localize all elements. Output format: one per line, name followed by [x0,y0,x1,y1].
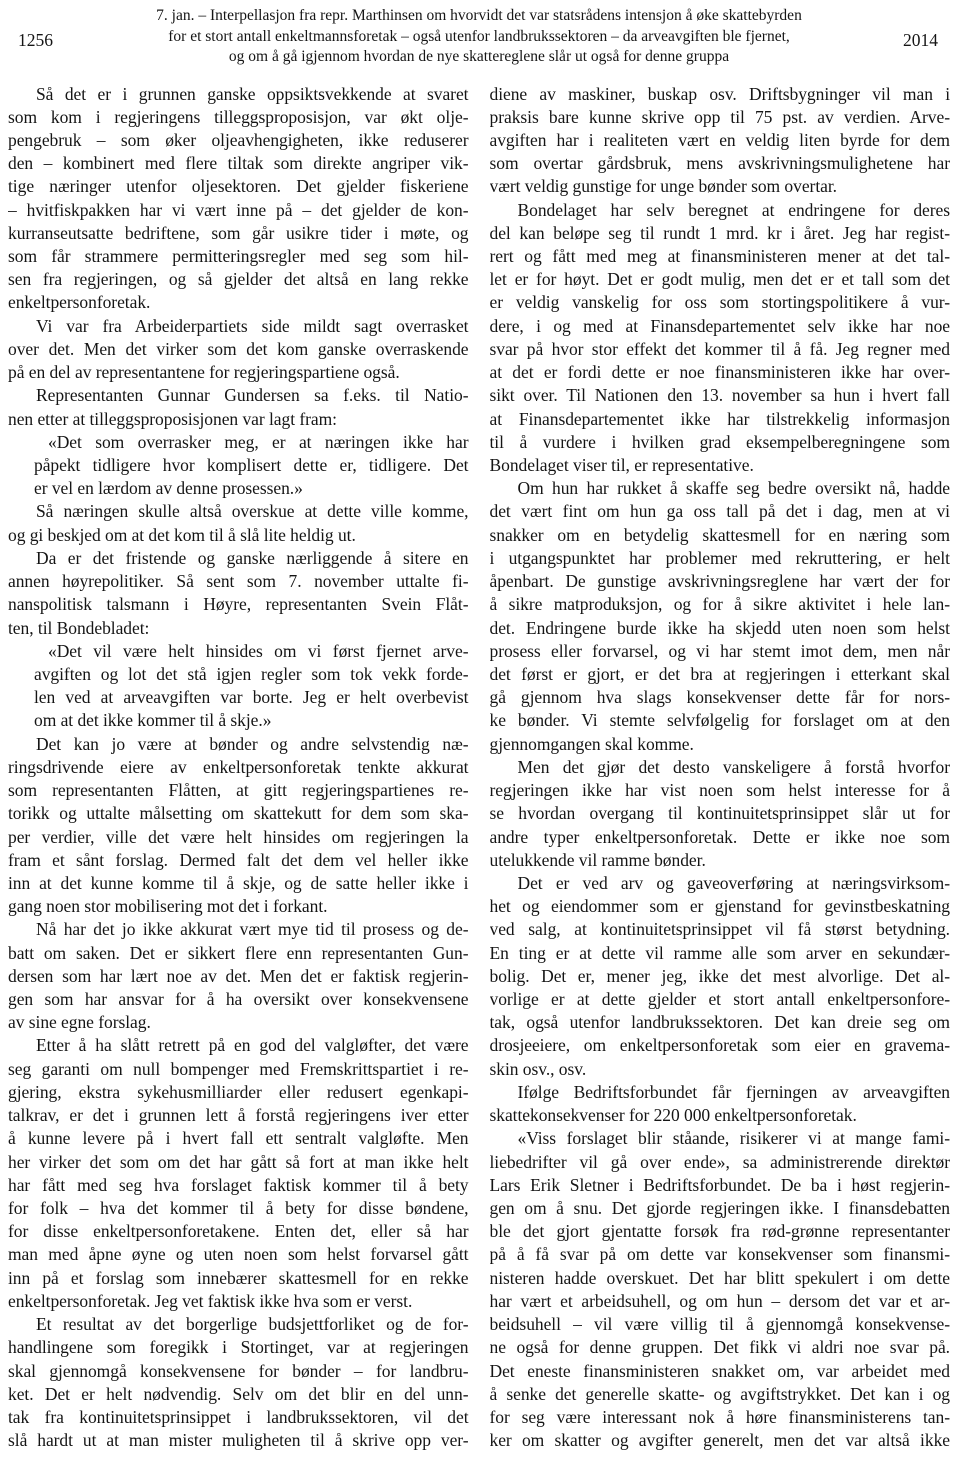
right-column: diene av maskiner, buskap osv. Driftsbyg… [490,83,951,1453]
paragraph: Etter å ha slått retrett på en god del v… [8,1034,469,1313]
text-line: se hvordan overgang til kontinuitetsprin… [490,802,951,825]
header-line-2: for et stort antall enkeltmannsforetak –… [99,27,859,48]
text-columns: Så det er i grunnen ganske oppsiktsvekke… [8,83,950,1453]
text-line: som overtar gårdsbruk, mens avskrivnings… [490,152,951,175]
text-line: gå gjennom hva slags konsekvenser dette … [490,686,951,709]
text-line: Det kan jo være at bønder og andre selvs… [8,733,469,756]
text-line: har vært et arbeidsuhell, og om hun – de… [490,1290,951,1313]
text-line: del kan beløpe seg til rundt 1 mrd. kr i… [490,222,951,245]
text-line: bolig. Det er, mener jeg, ikke det mest … [490,965,951,988]
text-line: for folk – hva det kommer til å bety for… [8,1197,469,1220]
text-line: avgiften og lot det stå igjen regler som… [8,663,469,686]
text-line: «Det vil være helt hinsides om vi først … [8,640,469,663]
text-line: fram et sånt forslag. Dermed falt det de… [8,849,469,872]
text-line: nanspolitisk talsmann i Høyre, represent… [8,593,469,616]
text-line: det vært fint om hun ga oss tall på det … [490,500,951,523]
text-line: er vel en lærdom av denne prosessen.» [8,477,469,500]
text-line: over det. Men det virker som det kom gan… [8,338,469,361]
text-line: let er for høyt. Det er godt mulig, men … [490,268,951,291]
text-line: Vi var fra Arbeiderpartiets side mildt s… [8,315,469,338]
paragraph: Om hun har rukket å skaffe seg bedre ove… [490,477,951,756]
quote-paragraph: «Det som overrasker meg, er at næringen … [8,431,469,501]
text-line: er veldig vanskelig for oss som storting… [490,291,951,314]
text-line: som representanten Flåtten, at gitt regj… [8,779,469,802]
text-line: til å vurdere i hvilken grad eksempelber… [490,431,951,454]
text-line: her virker det som om det har gått så fo… [8,1151,469,1174]
text-line: diene av maskiner, buskap osv. Driftsbyg… [490,83,951,106]
text-line: påpekt tidligere hvor komplisert dette e… [8,454,469,477]
text-line: det. Endringene burde ikke ha skjedd ute… [490,617,951,640]
text-line: ke bønder. Vi stemte selvfølgelig for fo… [490,709,951,732]
text-line: talkrav, er det i grunnen lett å forstå … [8,1104,469,1127]
text-line: gang noen stor mobilisering mot det i fo… [8,895,469,918]
quote-paragraph: «Det vil være helt hinsides om vi først … [8,640,469,733]
text-line: den – kombinert med flere tiltak som dir… [8,152,469,175]
text-line: dere, i og med at Finansdepartementet se… [490,315,951,338]
text-line: det først er gjort, er det bra at regjer… [490,663,951,686]
text-line: å sikre matproduksjon, og for å sikre ak… [490,593,951,616]
text-line: Representanten Gunnar Gundersen sa f.eks… [8,384,469,407]
text-line: inn på et forslag som innebærer skattesm… [8,1267,469,1290]
text-line: i utgangspunktet har problemer med rekru… [490,547,951,570]
text-line: Så det er i grunnen ganske oppsiktsvekke… [8,83,469,106]
paragraph: Da er det fristende og ganske nærliggend… [8,547,469,640]
header-line-1: 7. jan. – Interpellasjon fra repr. Marth… [99,6,859,27]
text-line: gen om å snu. Det gjorde regjeringen ikk… [490,1197,951,1220]
text-line: sen fra regjeringen, og så gjelder det a… [8,268,469,291]
text-line: avgiften har i realiteten vært en veldig… [490,129,951,152]
text-line: Bondelaget har selv beregnet at endringe… [490,199,951,222]
paragraph: Representanten Gunnar Gundersen sa f.eks… [8,384,469,430]
text-line: for disse enkeltpersonforetakene. Enten … [8,1220,469,1243]
text-line: Lars Erik Sletner i Bedriftsforbundet. D… [490,1174,951,1197]
text-line: ker om skatter og avgifter generelt, men… [490,1429,951,1452]
text-line: torikk og uttalte målsetting om skatteku… [8,802,469,825]
text-line: gen som har ansvar for å ha oversikt ove… [8,988,469,1011]
text-line: ket. Det er helt nødvendig. Selv om det … [8,1383,469,1406]
text-line: for seg være interessant nok å høre fina… [490,1406,951,1429]
text-line: beidsuhell – vil være villig til å gjenn… [490,1313,951,1336]
text-line: praksis bare kunne skrive opp til 75 pst… [490,106,951,129]
paragraph: Et resultat av det borgerlige budsjettfo… [8,1313,469,1452]
page-header: 1256 7. jan. – Interpellasjon fra repr. … [8,6,950,68]
text-line: regjeringen ikke har vist noen som helst… [490,779,951,802]
text-line: ringsdrivende eiere av enkeltpersonforet… [8,756,469,779]
left-column: Så det er i grunnen ganske oppsiktsvekke… [8,83,469,1453]
text-line: handlingene som foregikk i Stortinget, v… [8,1336,469,1359]
text-line: har fått med seg hva forslaget faktisk k… [8,1174,469,1197]
text-line: snakker om en betydelig skattesmell for … [490,524,951,547]
text-line: Om hun har rukket å skaffe seg bedre ove… [490,477,951,500]
text-line: gjennomgangen skal komme. [490,733,951,756]
text-line: Etter å ha slått retrett på en god del v… [8,1034,469,1057]
document-page: 1256 7. jan. – Interpellasjon fra repr. … [0,0,960,1452]
page-number-right: 2014 [903,30,938,51]
text-line: av sine egne forslag. [8,1011,469,1034]
text-line: ten, til Bondebladet: [8,617,469,640]
text-line: som får strammere permitteringsregler me… [8,245,469,268]
text-line: annen høyrepolitiker. Så sent som 7. nov… [8,570,469,593]
header-title: 7. jan. – Interpellasjon fra repr. Marth… [99,6,859,68]
text-line: pengebruk – som øker oljeavhengigheten, … [8,129,469,152]
text-line: per verdier, ville det være helt hinside… [8,826,469,849]
text-line: dersen som har lært noe av det. Men det … [8,965,469,988]
text-line: ne også for denne gruppen. Det fikk vi a… [490,1336,951,1359]
text-line: skal gjennomgå konsekvensene for bønder … [8,1360,469,1383]
text-line: Det er ved arv og gaveoverføring at næri… [490,872,951,895]
paragraph: diene av maskiner, buskap osv. Driftsbyg… [490,83,951,199]
text-line: ved salg, at kontinuitetsprinsippet vil … [490,918,951,941]
text-line: Da er det fristende og ganske nærliggend… [8,547,469,570]
text-line: ble det gjort gjentatte forsøk fra rød-g… [490,1220,951,1243]
text-line: tak fra kontinuitetsprinsippet i landbru… [8,1406,469,1429]
text-line: sikt over. Til Nationen den 13. november… [490,384,951,407]
text-line: at det er fordi dette er noe finansminis… [490,361,951,384]
paragraph: Vi var fra Arbeiderpartiets side mildt s… [8,315,469,385]
text-line: å senke det generelle skatte- og avgifts… [490,1383,951,1406]
text-line: utelukkende vil ramme bønder. [490,849,951,872]
text-line: nisteren hadde overskuet. Det har blitt … [490,1267,951,1290]
text-line: «Viss forslaget blir ståande, risikerer … [490,1127,951,1150]
paragraph: Nå har det jo ikke akkurat vært mye tid … [8,918,469,1034]
text-line: åpenbart. De gunstige avskrivningsreglen… [490,570,951,593]
paragraph: Men det gjør det desto vanskeligere å fo… [490,756,951,872]
text-line: Ifølge Bedriftsforbundet får fjerningen … [490,1081,951,1104]
text-line: skin osv., osv. [490,1058,951,1081]
text-line: vorlige er at dette gjelder et stort ant… [490,988,951,1011]
text-line: tige næringer utenfor oljesektoren. Det … [8,175,469,198]
paragraph: Ifølge Bedriftsforbundet får fjerningen … [490,1081,951,1127]
text-line: skattekonsekvenser for 220 000 enkeltper… [490,1104,951,1127]
text-line: på å få svar på om dette var konsekvense… [490,1243,951,1266]
text-line: «Det som overrasker meg, er at næringen … [8,431,469,454]
text-line: drosjeeiere, om enkeltpersonforetak som … [490,1034,951,1057]
text-line: rert og fått med meg at finansministeren… [490,245,951,268]
paragraph: Bondelaget har selv beregnet at endringe… [490,199,951,478]
text-line: svar på hvor stor effekt det kommer til … [490,338,951,361]
text-line: liebedrifter vil gå over ende», sa admin… [490,1151,951,1174]
text-line: andre typer enkeltpersonforetak. Dette e… [490,826,951,849]
text-line: seg garanti om null bompenger med Fremsk… [8,1058,469,1081]
paragraph: «Viss forslaget blir ståande, risikerer … [490,1127,951,1452]
paragraph: Så det er i grunnen ganske oppsiktsvekke… [8,83,469,315]
text-line: En ting er at dette vil ramme alle som a… [490,942,951,965]
text-line: len ved at arveavgiften var borte. Jeg e… [8,686,469,709]
text-line: enkeltpersonforetak. Jeg vet faktisk ikk… [8,1290,469,1313]
header-line-3: og om å gå igjennom hvordan de nye skatt… [99,47,859,68]
text-line: Nå har det jo ikke akkurat vært mye tid … [8,918,469,941]
text-line: Det eneste finansministeren snakket om, … [490,1360,951,1383]
text-line: – hvitfiskpakken har vi vært inne på – d… [8,199,469,222]
text-line: enkeltpersonforetak. [8,291,469,314]
text-line: på en del av representantene for regjeri… [8,361,469,384]
text-line: om at det ikke kommer til å skje.» [8,709,469,732]
paragraph: Så næringen skulle altså overskue at det… [8,500,469,546]
text-line: gjering, ekstra sykehusmilliarder eller … [8,1081,469,1104]
text-line: slå hardt ut at man mister muligheten ti… [8,1429,469,1452]
text-line: nen etter at tilleggsproposisjonen var l… [8,408,469,431]
text-line: kurranseutsatte bedriftene, som går usik… [8,222,469,245]
text-line: man med åpne øyne og uten noen som helst… [8,1243,469,1266]
text-line: prosess eller forvarsel, og vi har stemt… [490,640,951,663]
text-line: batt om saken. Det er sikkert flere enn … [8,942,469,965]
paragraph: Det kan jo være at bønder og andre selvs… [8,733,469,919]
paragraph: Det er ved arv og gaveoverføring at næri… [490,872,951,1081]
text-line: Bondelaget viser til, er representative. [490,454,951,477]
text-line: Men det gjør det desto vanskeligere å fo… [490,756,951,779]
text-line: som kom i regjeringens tilleggsproposisj… [8,106,469,129]
text-line: Et resultat av det borgerlige budsjettfo… [8,1313,469,1336]
text-line: het og eiendommer som er gjenstand for g… [490,895,951,918]
text-line: inn at det kunne komme til å skje, og de… [8,872,469,895]
text-line: å kunne levere på i hvert fall ett sentr… [8,1127,469,1150]
text-line: og gi beskjed om at det kom til å slå li… [8,524,469,547]
text-line: vært veldig gunstige for unge bønder som… [490,175,951,198]
page-number-left: 1256 [18,30,53,51]
text-line: tak, også utenfor landbrukssektoren. Det… [490,1011,951,1034]
text-line: Så næringen skulle altså overskue at det… [8,500,469,523]
text-line: at Finansdepartementet ikke har tilstrek… [490,408,951,431]
